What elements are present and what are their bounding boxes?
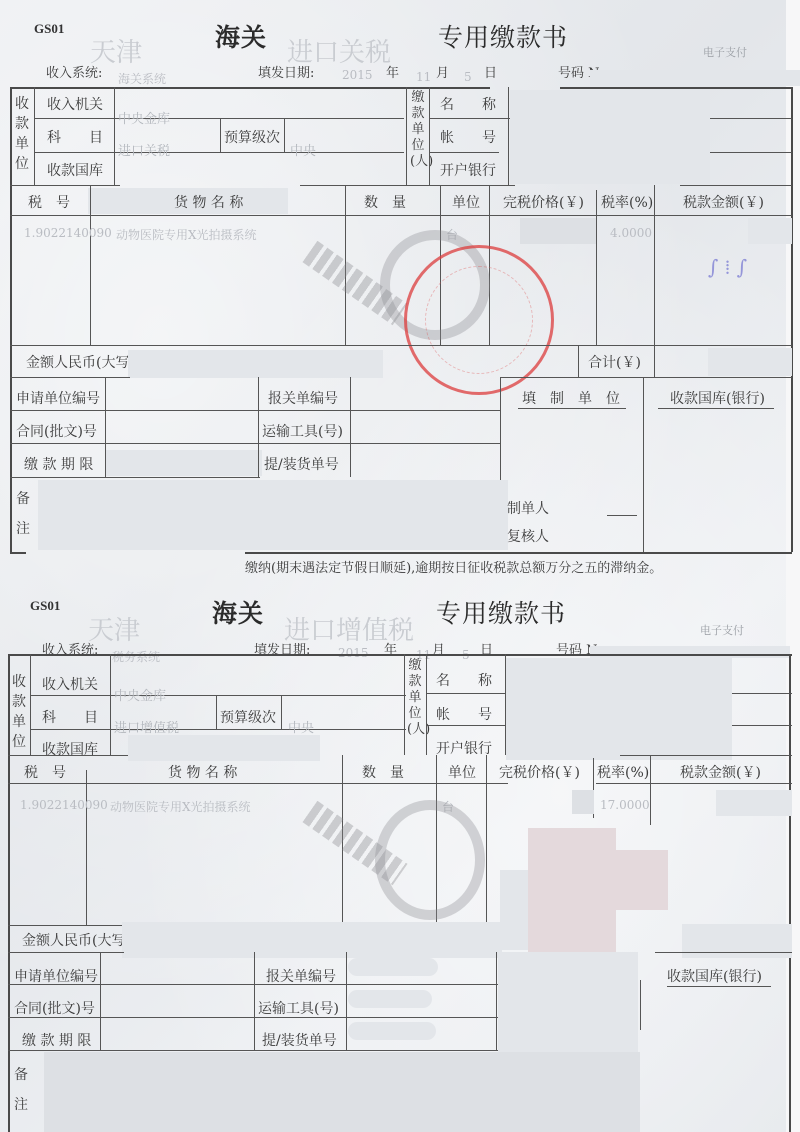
grid <box>258 377 259 477</box>
border <box>791 87 793 552</box>
grid <box>643 377 644 552</box>
redacted-remarks <box>38 480 508 550</box>
applicant-no-label: 申请单位编号 <box>14 966 98 986</box>
border <box>10 87 163 89</box>
grid <box>500 377 792 378</box>
payment-deadline-label: 缴 款 期 限 <box>22 1030 91 1050</box>
header-unit: 单位 <box>448 762 476 782</box>
header-tax-no: 税 号 <box>28 192 70 212</box>
grid <box>254 952 255 1050</box>
bill-of-lading-label: 提/装货单号 <box>262 1030 337 1050</box>
grid <box>10 410 500 411</box>
applicant-no-label: 申请单位编号 <box>16 388 100 408</box>
payee-label-office: 收入机关 <box>42 674 98 694</box>
issue-month: 11 <box>416 70 431 84</box>
payee-label-subject: 科 目 <box>47 127 103 147</box>
grid <box>8 952 124 953</box>
border <box>8 654 10 1132</box>
header-qty: 数 量 <box>364 192 406 212</box>
month-label: 月 <box>436 62 449 81</box>
blue-signature-mark: ∫ ⁞ ∫ <box>708 255 747 280</box>
grid <box>640 980 641 1030</box>
transport-label: 运输工具(号) <box>262 421 343 441</box>
grid <box>110 654 111 755</box>
grid <box>350 377 351 477</box>
grid <box>100 952 101 1050</box>
grid <box>496 952 497 1050</box>
grid <box>8 1050 498 1051</box>
grid <box>8 755 128 756</box>
payee-label-treasury: 收款国库 <box>42 739 98 759</box>
form-code: GS01 <box>34 21 64 37</box>
grid <box>34 87 35 185</box>
redacted-number <box>590 646 790 658</box>
grid <box>10 477 260 478</box>
fill-unit-label: 填 制 单 位 <box>522 388 620 408</box>
amount-words-label: 金额人民币(大写) <box>22 930 131 950</box>
form-code: GS01 <box>30 598 60 614</box>
payer-label-name: 名 称 <box>436 670 492 690</box>
payee-office-value: 中央金库 <box>114 685 166 704</box>
issue-year: 2015 <box>342 68 373 82</box>
income-system-value: 税务系统 <box>112 648 160 665</box>
grid <box>655 952 792 953</box>
header-rate: 税率(%) <box>601 192 653 212</box>
reviewer-label: 复核人 <box>507 526 549 546</box>
grid <box>500 377 501 481</box>
payer-group-label: 缴款单位(人) <box>410 90 426 170</box>
grid <box>426 654 427 755</box>
grid <box>596 783 792 784</box>
grid <box>650 755 651 825</box>
grid <box>34 118 404 119</box>
header-amount: 税款金额(￥) <box>680 762 761 782</box>
grid <box>86 770 87 925</box>
payer-label-account: 帐 号 <box>436 704 492 724</box>
border <box>163 87 490 89</box>
grid <box>10 215 792 216</box>
late-fee-note: 缴纳(期末遇法定节假日顺延),逾期按日征收税款总额万分之五的滞纳金。 <box>245 557 662 576</box>
payment-method: 电子支付 <box>700 622 744 638</box>
grid <box>667 986 771 987</box>
budget-level-value: 中央 <box>290 140 316 159</box>
remarks-label-1: 备 <box>16 488 30 508</box>
payee-office-value: 中央金库 <box>118 108 170 127</box>
item-tax-no: 1.9022140090 <box>24 226 112 240</box>
grid <box>518 408 626 409</box>
redacted-transport <box>348 990 432 1008</box>
redacted-deadline <box>106 450 262 476</box>
payee-label-subject: 科 目 <box>42 707 98 727</box>
grid <box>216 695 217 729</box>
amount-words-label: 金额人民币(大写) <box>26 352 135 372</box>
grid <box>429 87 430 185</box>
grid <box>10 185 120 186</box>
declaration-no-label: 报关单编号 <box>268 388 338 408</box>
grid <box>34 152 404 153</box>
payee-group-label: 收款单位 <box>11 672 27 752</box>
treasury-bank-label: 收款国库(银行) <box>667 966 762 986</box>
issue-date-label: 填发日期: <box>258 62 314 81</box>
redacted-treasury <box>128 735 320 761</box>
budget-level-value: 中央 <box>288 717 314 736</box>
grid <box>10 377 130 378</box>
issue-year: 2015 <box>338 646 369 660</box>
payer-label-account: 帐 号 <box>440 127 496 147</box>
header-goods: 货 物 名 称 <box>174 192 243 212</box>
redacted-amount-words <box>122 922 502 958</box>
payer-group-label: 缴款单位(人) <box>407 658 423 738</box>
redacted-amount-words <box>128 350 383 378</box>
grid <box>486 755 487 925</box>
item-rate: 4.0000 <box>610 226 652 240</box>
header-price: 完税价格(￥) <box>499 762 580 782</box>
border <box>10 552 26 554</box>
day-label: 日 <box>484 62 497 81</box>
grid <box>220 118 221 152</box>
payer-label-bank: 开户银行 <box>440 160 496 180</box>
border <box>245 552 792 554</box>
title-suffix: 专用缴款书 <box>438 18 568 54</box>
remarks-label-1: 备 <box>14 1064 28 1084</box>
grid <box>406 87 407 185</box>
issue-day: 5 <box>464 70 472 84</box>
grid <box>8 1017 498 1018</box>
contract-no-label: 合同(批文)号 <box>16 421 97 441</box>
grid <box>114 87 115 185</box>
redacted-amount <box>716 790 792 816</box>
grid <box>578 345 579 377</box>
bill-of-lading-label: 提/装货单号 <box>264 454 339 474</box>
payee-subject-value: 进口增值税 <box>114 717 179 736</box>
declaration-no-label: 报关单编号 <box>266 966 336 986</box>
payee-group-label: 收款单位 <box>14 94 30 174</box>
grid <box>8 783 508 784</box>
grid <box>346 952 347 1050</box>
redacted-bill <box>348 1022 436 1040</box>
payer-label-bank: 开户银行 <box>436 738 492 758</box>
grid <box>90 185 91 345</box>
pixelated-seal-redaction <box>500 870 528 950</box>
budget-level-label: 预算级次 <box>224 127 280 147</box>
header-unit: 单位 <box>452 192 480 212</box>
border <box>10 87 12 552</box>
customs-emblem-watermark <box>375 800 485 920</box>
redacted-declaration-no <box>348 958 438 976</box>
redacted-price <box>520 218 596 244</box>
payment-deadline-label: 缴 款 期 限 <box>24 454 93 474</box>
grid <box>596 190 597 345</box>
grid <box>10 345 792 346</box>
header-tax-no: 税 号 <box>24 762 66 782</box>
header-qty: 数 量 <box>362 762 404 782</box>
payee-subject-value: 进口关税 <box>118 140 170 159</box>
grid <box>508 87 509 185</box>
payer-label-name: 名 称 <box>440 94 496 114</box>
transport-label: 运输工具(号) <box>258 998 339 1018</box>
grid <box>732 693 792 694</box>
redacted-payer-info <box>510 90 710 184</box>
header-amount: 税款金额(￥) <box>683 192 764 212</box>
grid <box>426 725 506 726</box>
redacted-remarks <box>44 1052 640 1132</box>
income-system-value: 海关系统 <box>118 70 166 87</box>
item-goods: 动物医院专用X光拍摄系统 <box>110 798 251 815</box>
redacted-payer-info <box>506 658 732 760</box>
grid <box>426 693 506 694</box>
grid <box>680 185 792 186</box>
remarks-label-2: 注 <box>16 518 30 538</box>
payee-label-office: 收入机关 <box>47 94 103 114</box>
grid <box>281 695 282 729</box>
item-tax-no: 1.9022140090 <box>20 798 108 812</box>
pixelated-seal-redaction <box>616 850 668 910</box>
grid <box>658 408 774 409</box>
grid <box>607 515 637 516</box>
grid <box>429 152 499 153</box>
budget-level-label: 预算级次 <box>220 707 276 727</box>
red-official-seal <box>404 245 554 395</box>
redacted-total <box>708 348 792 376</box>
grid <box>30 695 406 696</box>
item-rate: 17.0000 <box>600 798 650 812</box>
grid <box>284 118 285 152</box>
grid <box>654 345 655 377</box>
grid <box>654 185 655 345</box>
treasury-bank-label: 收款国库(银行) <box>670 388 765 408</box>
redacted-amount <box>748 218 792 244</box>
grid <box>10 443 500 444</box>
grid <box>30 654 31 755</box>
title-customs: 海关 <box>215 18 267 54</box>
redacted-price <box>572 790 594 814</box>
income-system-label: 收入系统: <box>46 62 102 81</box>
border <box>8 654 792 656</box>
title-suffix: 专用缴款书 <box>436 594 566 630</box>
contract-no-label: 合同(批文)号 <box>14 998 95 1018</box>
grid <box>300 185 515 186</box>
grid <box>8 984 498 985</box>
redacted-number <box>590 70 800 86</box>
border <box>560 87 792 89</box>
item-goods: 动物医院专用X光拍摄系统 <box>116 226 257 243</box>
year-label: 年 <box>386 62 399 81</box>
grid <box>404 654 405 755</box>
grid <box>710 118 792 119</box>
total-label: 合计(￥) <box>588 352 641 372</box>
title-customs: 海关 <box>212 594 264 630</box>
grid <box>726 725 792 726</box>
payment-method: 电子支付 <box>703 44 747 60</box>
header-price: 完税价格(￥) <box>503 192 584 212</box>
grid <box>30 729 406 730</box>
preparer-label: 制单人 <box>507 498 549 518</box>
payee-label-treasury: 收款国库 <box>47 160 103 180</box>
header-rate: 税率(%) <box>597 762 649 782</box>
remarks-label-2: 注 <box>14 1094 28 1114</box>
header-goods: 货 物 名 称 <box>168 762 237 782</box>
grid <box>620 755 792 756</box>
